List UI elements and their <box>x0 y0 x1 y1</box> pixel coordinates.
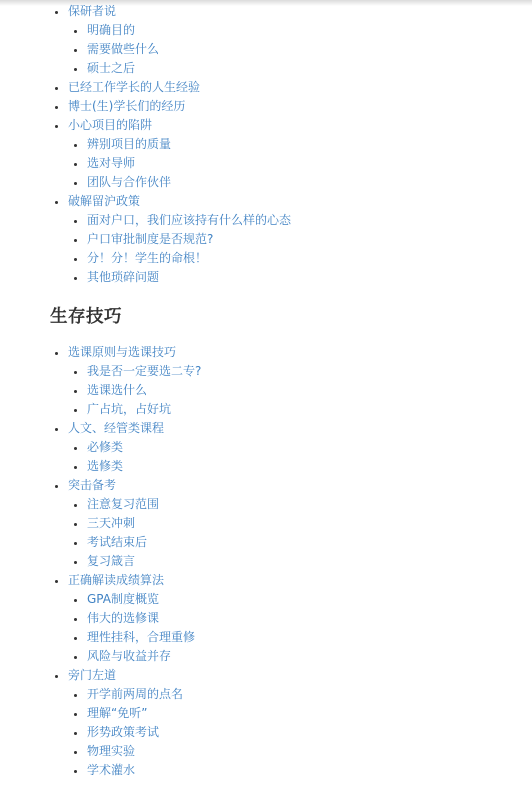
toc-link[interactable]: 注意复习范围 <box>87 497 159 511</box>
toc-link[interactable]: 需要做些什么 <box>87 42 159 56</box>
toc-link[interactable]: 伟大的选修课 <box>87 611 159 625</box>
toc-sublist: GPA制度概览伟大的选修课理性挂科，合理重修风险与收益并存 <box>68 590 502 666</box>
toc-item: 保研者说明确目的需要做些什么硕士之后 <box>68 2 502 78</box>
toc-list-part1: 保研者说明确目的需要做些什么硕士之后已经工作学长的人生经验博士(生)学长们的经历… <box>50 2 502 287</box>
toc-link[interactable]: 物理实验 <box>87 744 135 758</box>
toc-link[interactable]: 明确目的 <box>87 23 135 37</box>
toc-link[interactable]: 面对户口，我们应该持有什么样的心态 <box>87 213 291 227</box>
toc-sublist: 辨别项目的质量选对导师团队与合作伙伴 <box>68 135 502 192</box>
toc-subitem: 理解“免听” <box>87 704 502 723</box>
toc-subitem: 开学前两周的点名 <box>87 685 502 704</box>
toc-subitem: 必修类 <box>87 438 502 457</box>
toc-link[interactable]: 正确解读成绩算法 <box>68 573 164 587</box>
toc-link[interactable]: 选修类 <box>87 459 123 473</box>
toc-subitem: 伟大的选修课 <box>87 609 502 628</box>
toc-link[interactable]: 开学前两周的点名 <box>87 687 183 701</box>
toc-subitem: 选修类 <box>87 457 502 476</box>
toc-link[interactable]: 旁门左道 <box>68 668 116 682</box>
section-heading: 生存技巧 <box>50 307 502 328</box>
toc-sublist: 开学前两周的点名理解“免听”形势政策考试物理实验学术灌水 <box>68 685 502 780</box>
toc-subitem: 选课选什么 <box>87 381 502 400</box>
toc-item: 已经工作学长的人生经验 <box>68 78 502 97</box>
toc-item: 突击备考注意复习范围三天冲刺考试结束后复习箴言 <box>68 476 502 571</box>
toc-sublist: 必修类选修类 <box>68 438 502 476</box>
toc-link[interactable]: 选对导师 <box>87 156 135 170</box>
toc-link[interactable]: 考试结束后 <box>87 535 147 549</box>
toc-item: 小心项目的陷阱辨别项目的质量选对导师团队与合作伙伴 <box>68 116 502 192</box>
toc-subitem: 需要做些什么 <box>87 40 502 59</box>
toc-item: 人文、经管类课程必修类选修类 <box>68 419 502 476</box>
toc-link[interactable]: 风险与收益并存 <box>87 649 171 663</box>
toc-sublist: 面对户口，我们应该持有什么样的心态户口审批制度是否规范?分！分！学生的命根！其他… <box>68 211 502 287</box>
toc-item: 选课原则与选课技巧我是否一定要选二专?选课选什么广占坑，占好坑 <box>68 343 502 419</box>
toc-subitem: 考试结束后 <box>87 533 502 552</box>
toc-link[interactable]: 学术灌水 <box>87 763 135 777</box>
toc-link[interactable]: 已经工作学长的人生经验 <box>68 80 200 94</box>
toc-subitem: 其他琐碎问题 <box>87 268 502 287</box>
toc-sublist: 明确目的需要做些什么硕士之后 <box>68 21 502 78</box>
toc-subitem: 复习箴言 <box>87 552 502 571</box>
toc-subitem: 三天冲刺 <box>87 514 502 533</box>
toc-subitem: 物理实验 <box>87 742 502 761</box>
toc-subitem: 广占坑，占好坑 <box>87 400 502 419</box>
toc-subitem: 辨别项目的质量 <box>87 135 502 154</box>
toc-link[interactable]: 团队与合作伙伴 <box>87 175 171 189</box>
toc-subitem: 硕士之后 <box>87 59 502 78</box>
toc-link[interactable]: 理解“免听” <box>87 706 147 720</box>
toc-link[interactable]: 分！分！学生的命根！ <box>87 251 207 265</box>
toc-subitem: 形势政策考试 <box>87 723 502 742</box>
toc-sublist: 注意复习范围三天冲刺考试结束后复习箴言 <box>68 495 502 571</box>
toc-subitem: 明确目的 <box>87 21 502 40</box>
toc-link[interactable]: 复习箴言 <box>87 554 135 568</box>
toc-link[interactable]: 突击备考 <box>68 478 116 492</box>
toc-link[interactable]: 我是否一定要选二专? <box>87 364 201 378</box>
toc-link[interactable]: 选课原则与选课技巧 <box>68 345 176 359</box>
toc-link[interactable]: 辨别项目的质量 <box>87 137 171 151</box>
toc-subitem: 团队与合作伙伴 <box>87 173 502 192</box>
toc-subitem: 分！分！学生的命根！ <box>87 249 502 268</box>
toc-link[interactable]: 保研者说 <box>68 4 116 18</box>
toc-item: 破解留沪政策面对户口，我们应该持有什么样的心态户口审批制度是否规范?分！分！学生… <box>68 192 502 287</box>
toc-subitem: 理性挂科，合理重修 <box>87 628 502 647</box>
article-content: 保研者说明确目的需要做些什么硕士之后已经工作学长的人生经验博士(生)学长们的经历… <box>0 0 532 780</box>
toc-subitem: 选对导师 <box>87 154 502 173</box>
toc-subitem: 风险与收益并存 <box>87 647 502 666</box>
toc-list-part2: 选课原则与选课技巧我是否一定要选二专?选课选什么广占坑，占好坑人文、经管类课程必… <box>50 343 502 780</box>
page: { "colors": { "link": "#4183c4", "text":… <box>0 0 532 800</box>
toc-item: 博士(生)学长们的经历 <box>68 97 502 116</box>
toc-link[interactable]: 破解留沪政策 <box>68 194 140 208</box>
toc-link[interactable]: 理性挂科，合理重修 <box>87 630 195 644</box>
toc-link[interactable]: 人文、经管类课程 <box>68 421 164 435</box>
toc-subitem: GPA制度概览 <box>87 590 502 609</box>
toc-link[interactable]: 小心项目的陷阱 <box>68 118 152 132</box>
toc-subitem: 户口审批制度是否规范? <box>87 230 502 249</box>
toc-link[interactable]: 三天冲刺 <box>87 516 135 530</box>
toc-item: 旁门左道开学前两周的点名理解“免听”形势政策考试物理实验学术灌水 <box>68 666 502 780</box>
toc-link[interactable]: 广占坑，占好坑 <box>87 402 171 416</box>
toc-subitem: 学术灌水 <box>87 761 502 780</box>
toc-link[interactable]: 户口审批制度是否规范? <box>87 232 213 246</box>
toc-link[interactable]: GPA制度概览 <box>87 592 159 606</box>
toc-link[interactable]: 其他琐碎问题 <box>87 270 159 284</box>
toc-link[interactable]: 硕士之后 <box>87 61 135 75</box>
toc-subitem: 面对户口，我们应该持有什么样的心态 <box>87 211 502 230</box>
toc-sublist: 我是否一定要选二专?选课选什么广占坑，占好坑 <box>68 362 502 419</box>
toc-link[interactable]: 博士(生)学长们的经历 <box>68 99 185 113</box>
toc-link[interactable]: 必修类 <box>87 440 123 454</box>
toc-item: 正确解读成绩算法GPA制度概览伟大的选修课理性挂科，合理重修风险与收益并存 <box>68 571 502 666</box>
toc-link[interactable]: 选课选什么 <box>87 383 147 397</box>
toc-link[interactable]: 形势政策考试 <box>87 725 159 739</box>
toc-subitem: 注意复习范围 <box>87 495 502 514</box>
toc-subitem: 我是否一定要选二专? <box>87 362 502 381</box>
